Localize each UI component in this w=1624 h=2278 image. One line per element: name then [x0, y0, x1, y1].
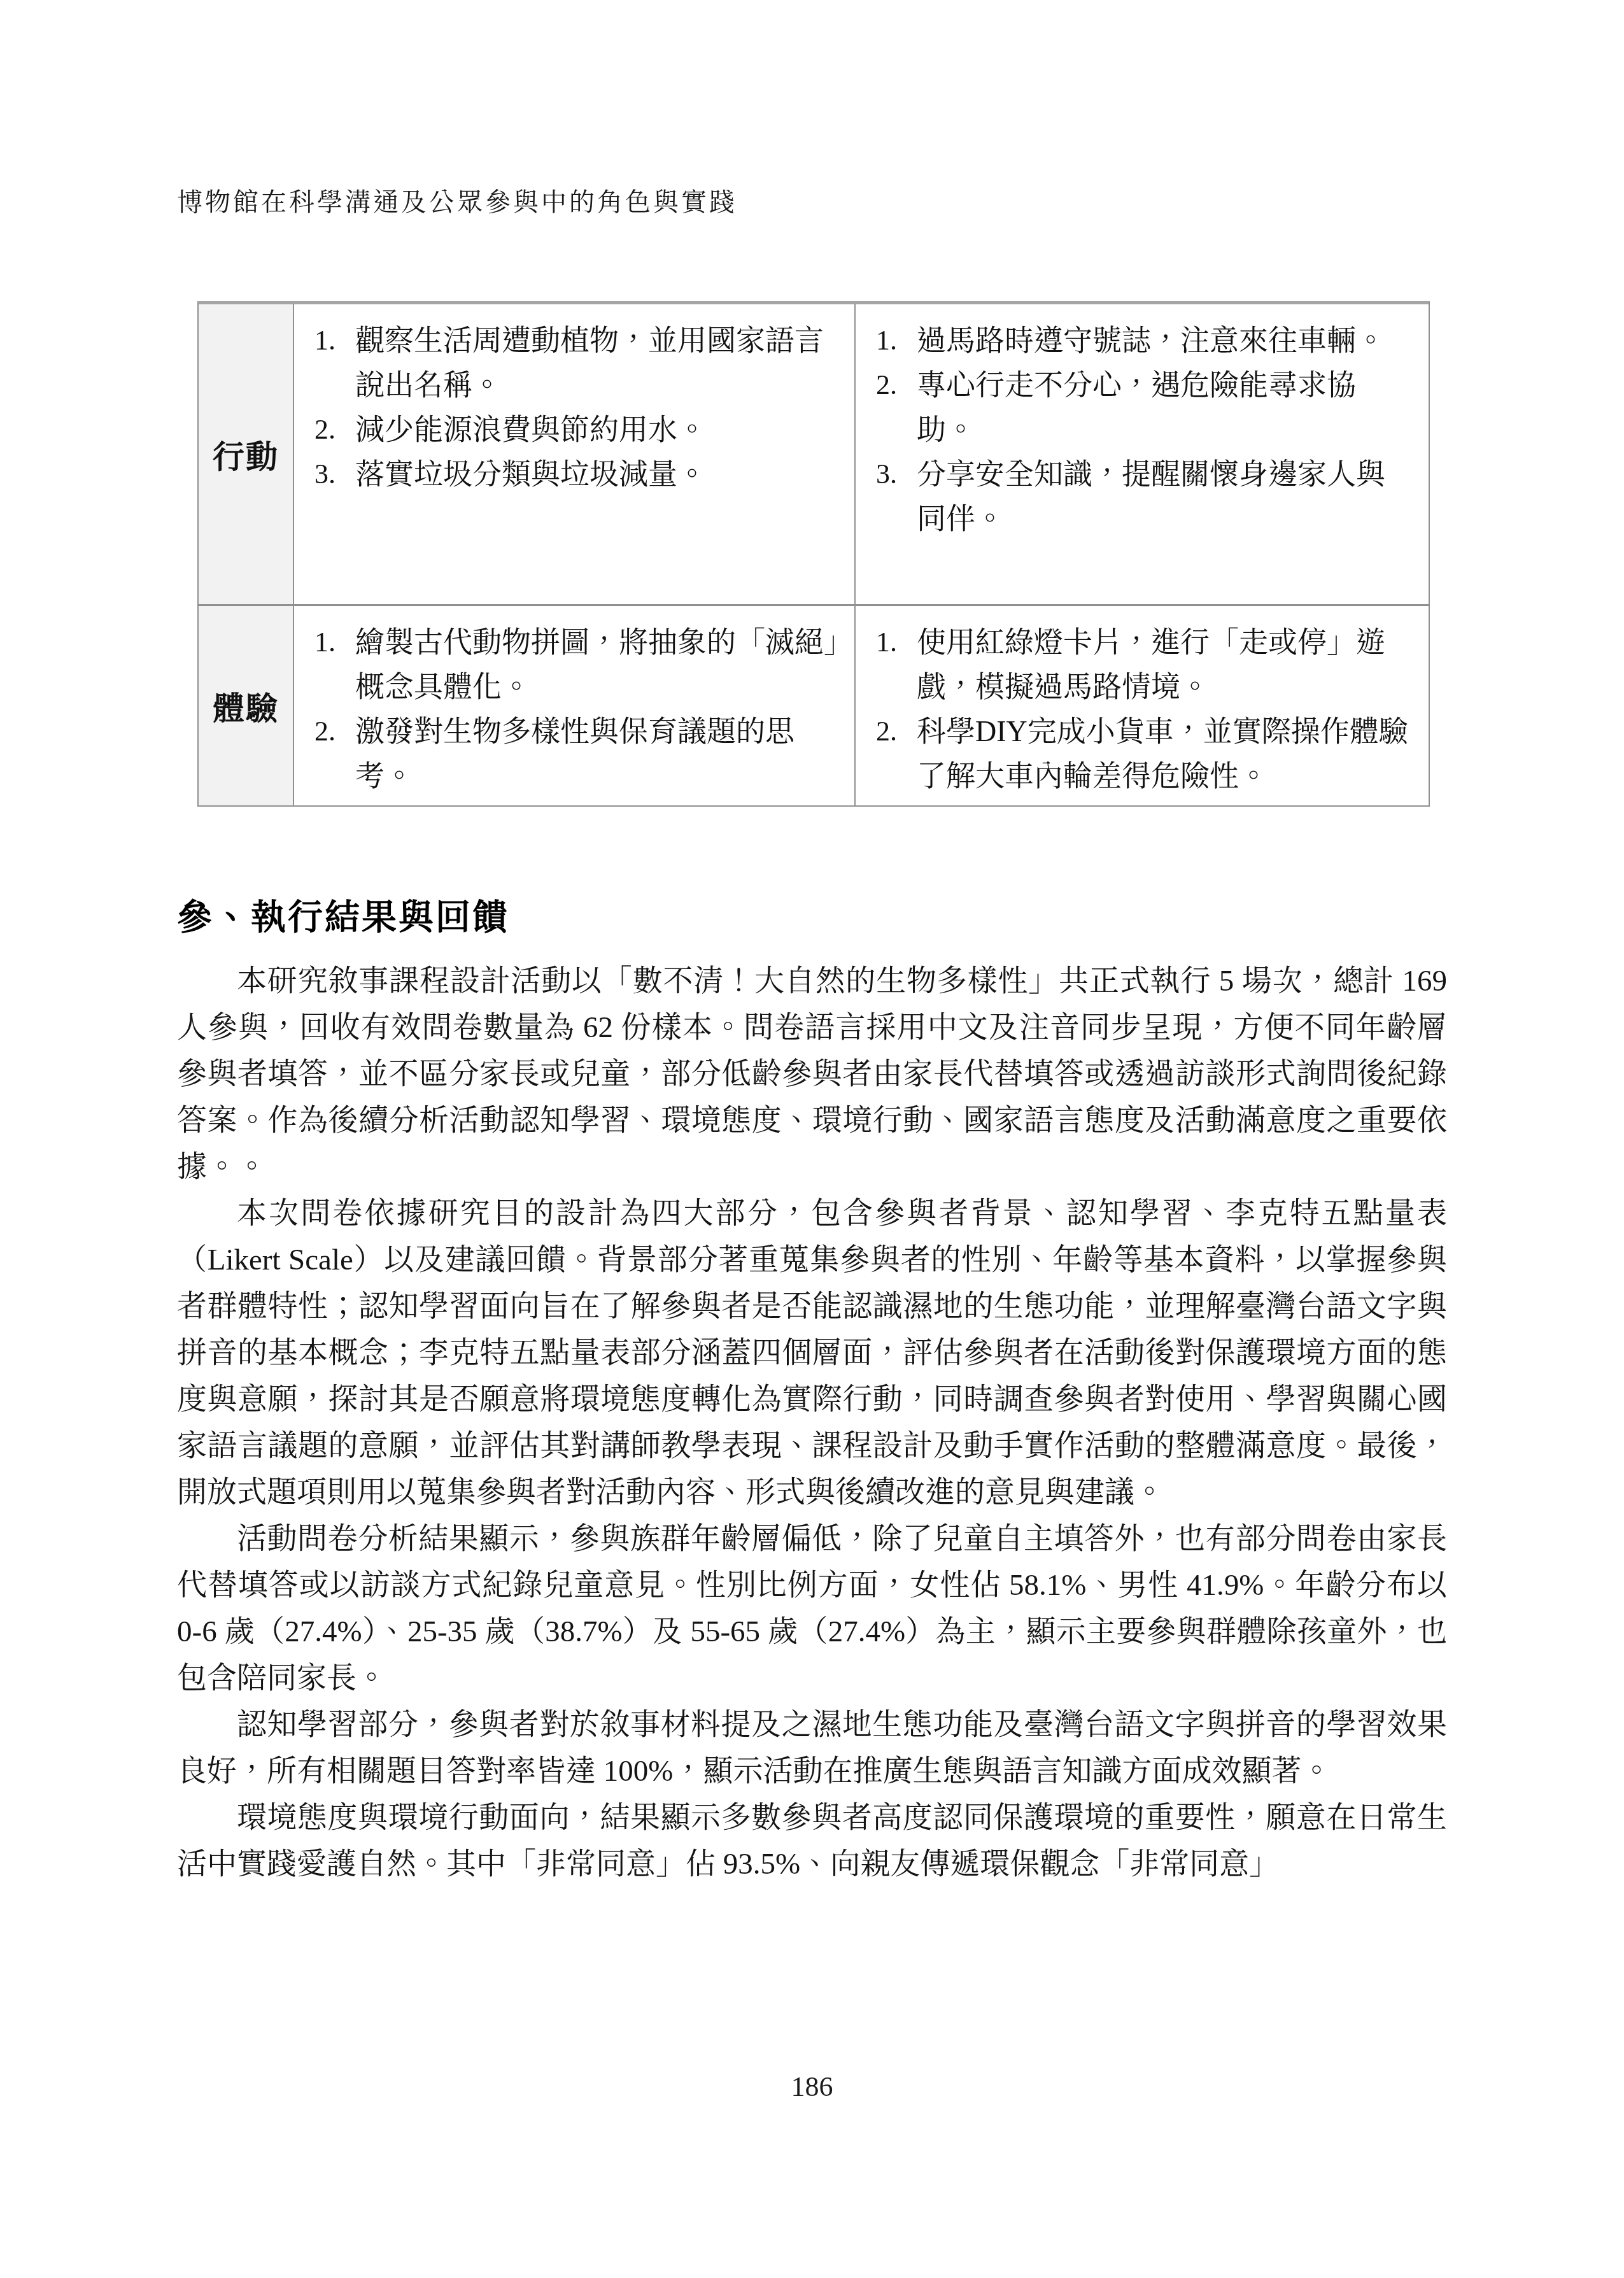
item-text: 過馬路時遵守號誌，注意來往車輛。	[917, 318, 1413, 363]
paragraph: 本次問卷依據研究目的設計為四大部分，包含參與者背景、認知學習、李克特五點量表（L…	[177, 1191, 1447, 1516]
item-number: 2.	[876, 709, 917, 754]
item-text: 減少能源浪費與節約用水。	[355, 407, 839, 452]
item-text: 專心行走不分心，遇危險能尋求協助。	[917, 363, 1413, 452]
list-item: 2.激發對生物多樣性與保育議題的思考。	[314, 709, 839, 798]
item-number: 1.	[876, 318, 917, 363]
item-number: 1.	[314, 318, 355, 363]
list-item: 1.使用紅綠燈卡片，進行「走或停」遊戲，模擬過馬路情境。	[876, 620, 1413, 709]
item-number: 2.	[314, 709, 355, 754]
list-item: 2.科學DIY完成小貨車，並實際操作體驗了解大車內輪差得危險性。	[876, 709, 1413, 798]
table-cell: 1.觀察生活周遭動植物，並用國家語言說出名稱。2.減少能源浪費與節約用水。3.落…	[294, 304, 856, 604]
item-number: 2.	[876, 363, 917, 407]
paragraphs-container: 本研究敘事課程設計活動以「數不清！大自然的生物多樣性」共正式執行 5 場次，總計…	[177, 958, 1447, 1888]
item-text: 分享安全知識，提醒關懷身邊家人與同伴。	[917, 452, 1413, 541]
list-item: 3.落實垃圾分類與垃圾減量。	[314, 452, 839, 497]
item-text: 觀察生活周遭動植物，並用國家語言說出名稱。	[355, 318, 839, 407]
page-number: 186	[0, 2070, 1624, 2103]
list-item: 1.繪製古代動物拼圖，將抽象的「滅絕」概念具體化。	[314, 620, 839, 709]
item-text: 繪製古代動物拼圖，將抽象的「滅絕」概念具體化。	[355, 620, 839, 709]
list-item: 2.專心行走不分心，遇危險能尋求協助。	[876, 363, 1413, 452]
table-cell: 1.繪製古代動物拼圖，將抽象的「滅絕」概念具體化。2.激發對生物多樣性與保育議題…	[294, 606, 856, 805]
table-cell: 1.過馬路時遵守號誌，注意來往車輛。2.專心行走不分心，遇危險能尋求協助。3.分…	[856, 304, 1429, 604]
table-row: 體驗1.繪製古代動物拼圖，將抽象的「滅絕」概念具體化。2.激發對生物多樣性與保育…	[199, 604, 1429, 805]
section-heading: 參、執行結果與回饋	[177, 889, 1447, 939]
item-text: 科學DIY完成小貨車，並實際操作體驗了解大車內輪差得危險性。	[917, 709, 1413, 798]
document-page: { "page": { "header": "博物館在科學溝通及公眾參與中的角色…	[0, 0, 1624, 2278]
table-cell: 1.使用紅綠燈卡片，進行「走或停」遊戲，模擬過馬路情境。2.科學DIY完成小貨車…	[856, 606, 1429, 805]
item-text: 使用紅綠燈卡片，進行「走或停」遊戲，模擬過馬路情境。	[917, 620, 1413, 709]
item-number: 3.	[876, 452, 917, 497]
paragraph: 認知學習部分，參與者對於敘事材料提及之濕地生態功能及臺灣台語文字與拼音的學習效果…	[177, 1702, 1447, 1795]
paragraph: 環境態度與環境行動面向，結果顯示多數參與者高度認同保護環境的重要性，願意在日常生…	[177, 1795, 1447, 1888]
item-number: 2.	[314, 407, 355, 452]
item-number: 1.	[314, 620, 355, 665]
list-item: 2.減少能源浪費與節約用水。	[314, 407, 839, 452]
row-label: 行動	[199, 304, 294, 604]
table-row: 行動1.觀察生活周遭動植物，並用國家語言說出名稱。2.減少能源浪費與節約用水。3…	[199, 304, 1429, 604]
running-header: 博物館在科學溝通及公眾參與中的角色與實踐	[177, 182, 737, 218]
main-content: 參、執行結果與回饋 本研究敘事課程設計活動以「數不清！大自然的生物多樣性」共正式…	[177, 889, 1447, 1888]
paragraph: 本研究敘事課程設計活動以「數不清！大自然的生物多樣性」共正式執行 5 場次，總計…	[177, 958, 1447, 1191]
item-text: 落實垃圾分類與垃圾減量。	[355, 452, 839, 497]
item-number: 3.	[314, 452, 355, 497]
learning-table: 行動1.觀察生活周遭動植物，並用國家語言說出名稱。2.減少能源浪費與節約用水。3…	[197, 301, 1430, 807]
list-item: 1.觀察生活周遭動植物，並用國家語言說出名稱。	[314, 318, 839, 407]
row-label: 體驗	[199, 606, 294, 805]
list-item: 3.分享安全知識，提醒關懷身邊家人與同伴。	[876, 452, 1413, 541]
item-number: 1.	[876, 620, 917, 665]
paragraph: 活動問卷分析結果顯示，參與族群年齡層偏低，除了兒童自主填答外，也有部分問卷由家長…	[177, 1516, 1447, 1702]
list-item: 1.過馬路時遵守號誌，注意來往車輛。	[876, 318, 1413, 363]
item-text: 激發對生物多樣性與保育議題的思考。	[355, 709, 839, 798]
